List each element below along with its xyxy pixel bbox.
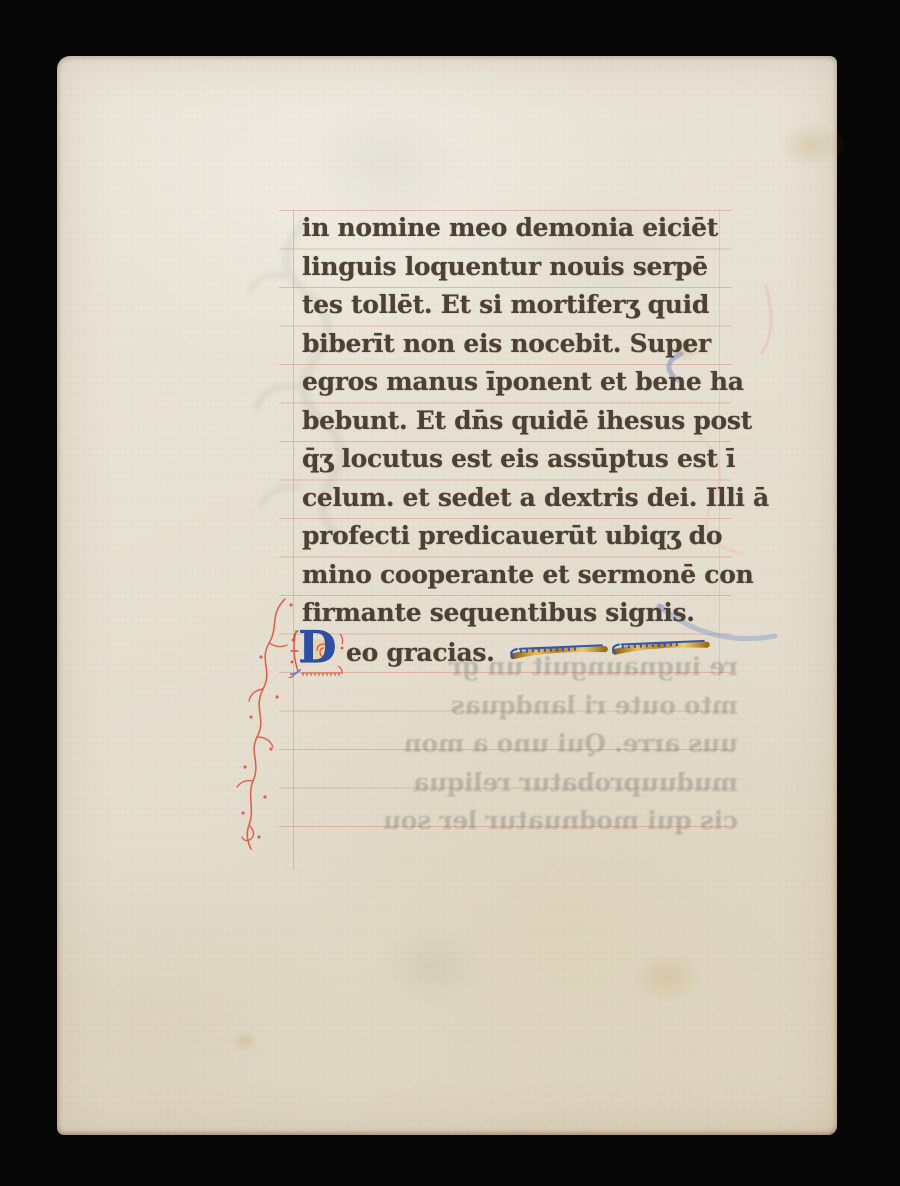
manuscript-leaf: in nomine meo demonia eiciēt linguis loq… bbox=[57, 56, 837, 1135]
illuminated-initial: D bbox=[288, 628, 344, 676]
initial-letter: D bbox=[298, 624, 336, 672]
text-line: mino cooperante et sermonē con bbox=[302, 556, 744, 595]
stain bbox=[632, 951, 702, 1003]
text-line: biberīt non eis nocebit. Super bbox=[302, 325, 744, 364]
text-line: profecti predicauerūt ubiqʒ do bbox=[302, 517, 744, 556]
explicit-text: eo gracias. bbox=[346, 634, 495, 673]
line-filler-ornament bbox=[504, 627, 713, 675]
photo-background: { "artifact": { "kind": "illuminated man… bbox=[0, 0, 900, 1186]
stain bbox=[777, 122, 847, 168]
text-line: egros manus īponent et bene ha bbox=[302, 363, 744, 402]
text-line: firmante sequentibus signis. bbox=[302, 594, 744, 633]
text-block: in nomine meo demonia eiciēt linguis loq… bbox=[302, 209, 744, 674]
showthrough-line: uus arre. Qui uno a mon bbox=[290, 725, 738, 764]
showthrough-line: mto oute ri landquas bbox=[290, 687, 738, 726]
stain bbox=[232, 1031, 258, 1051]
text-line: bebunt. Et dn̄s quidē ihesus post bbox=[302, 402, 744, 441]
showthrough-block: re iugnaunguit un gr mto oute ri landqua… bbox=[290, 648, 738, 841]
text-line: q̄ʒ locutus est eis assūptus est ī bbox=[302, 440, 744, 479]
text-line: tes tollēt. Et si mortiferʒ quid bbox=[302, 286, 744, 325]
text-line: in nomine meo demonia eiciēt bbox=[302, 209, 744, 248]
gold-blue-line-filler-icon bbox=[504, 632, 713, 663]
showthrough-line: muduuprobatur reliqua bbox=[290, 764, 738, 803]
showthrough-line: cis qui modnuatur ler sou bbox=[290, 802, 738, 841]
text-line: celum. et sedet a dextris dei. Illi ā bbox=[302, 479, 744, 518]
explicit-line: D eo gracias. bbox=[302, 633, 744, 674]
ruling-vertical-left bbox=[293, 210, 294, 870]
text-line: linguis loquentur nouis serpē bbox=[302, 248, 744, 287]
stain bbox=[377, 926, 487, 1006]
